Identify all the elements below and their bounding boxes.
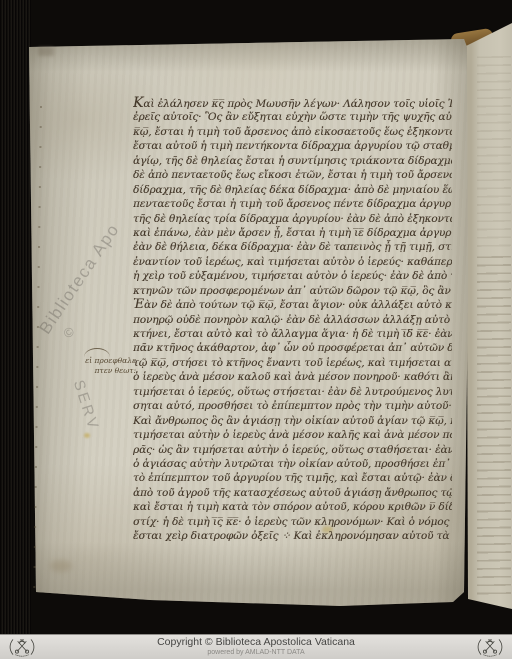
- manuscript-line: κτηνῶν τῶν προσφερομένων ἀπ᾽ αὐτῶν δῶρον…: [133, 284, 452, 298]
- powered-by-text: powered by AMLAD-NTT DATA: [0, 649, 512, 657]
- facing-page-text-bleed-upper: [477, 50, 511, 250]
- manuscript-line: κτήνει, ἔσται αὐτὸ καὶ τὸ ἄλλαγμα ἅγια· …: [133, 327, 452, 341]
- manuscript-line: τιμήσεται αὐτὴν ὁ ἱερεὺς ἀνὰ μέσον καλῆς…: [133, 428, 452, 442]
- manuscript-line: ἔσται αὐτοῦ ἡ τιμὴ πεντήκοντα δίδραχμα ἀ…: [133, 139, 452, 153]
- vatican-library-emblem-icon: [6, 636, 38, 658]
- manuscript-line: πενταετοῦς ἔσται ἡ τιμὴ τοῦ ἄρσενος πέντ…: [133, 197, 452, 211]
- manuscript-line: ἁγίῳ, τῆς δὲ θηλείας ἔσται ἡ συντίμησις …: [133, 154, 452, 168]
- manuscript-line: στίχ· ἡ δὲ τιμὴ ι̅ς̅ κ̅ε̅· ὁ ἱερεὺς τῶν …: [133, 515, 452, 529]
- manuscript-line: δίδραχμα, τῆς δὲ θηλείας δέκα δίδραχμα· …: [133, 183, 452, 197]
- manuscript-line: ρᾶς· ὡς ἂν τιμήσεται αὐτὴν ὁ ἱερεύς, οὕτ…: [133, 443, 452, 457]
- manuscript-line: ἡ χεὶρ τοῦ εὐξαμένου, τιμήσεται αὐτὸν ὁ …: [133, 269, 452, 283]
- marginal-note: εἰ προεφθαλε πτεν θεωτ:: [54, 356, 136, 375]
- manuscript-photo: Biblioteca Apo © SERV εἰ προεφθαλε πτεν …: [0, 0, 512, 634]
- manuscript-line: Ἐὰν δὲ ἀπὸ τούτων τῷ κ̅ῳ̅, ἔσται ἅγιον· …: [133, 298, 452, 312]
- manuscript-line: ἐρεῖς αὐτοῖς· Ὃς ἂν εὔξηται εὐχὴν ὥστε τ…: [133, 110, 452, 124]
- binding-fabric-edge: [0, 0, 31, 634]
- manuscript-line: κ̅ῳ̅, ἔσται ἡ τιμὴ τοῦ ἄρσενος ἀπὸ εἰκοσ…: [133, 125, 452, 139]
- manuscript-line: δὲ ἀπὸ πενταετοῦς ἕως εἴκοσι ἐτῶν, ἔσται…: [133, 168, 452, 182]
- manuscript-line: πᾶν κτῆνος ἀκάθαρτον, ἀφ᾽ ὧν οὐ προσφέρε…: [133, 341, 452, 355]
- manuscript-line: ἔσται χεὶρ διατροφῶν ὀξεῖς ⁘ Καὶ ἐκληρον…: [133, 529, 452, 543]
- manuscript-line: σηται αὐτό, προσθήσει τὸ ἐπίπεμπτον πρὸς…: [133, 399, 452, 413]
- manuscript-line: ἀπὸ τοῦ ἀγροῦ τῆς κατασχέσεως αὐτοῦ ἁγιά…: [133, 486, 452, 500]
- marginal-note-line: εἰ προεφθαλε: [54, 356, 136, 366]
- manuscript-line: τῷ κ̅ῳ̅, στήσει τὸ κτῆνος ἔναντι τοῦ ἱερ…: [133, 356, 452, 370]
- manuscript-line: ὁ ἁγιάσας αὐτὴν λυτρῶται τὴν οἰκίαν αὐτο…: [133, 457, 452, 471]
- manuscript-line: πονηρῷ οὐδὲ πονηρὸν καλῷ· ἐὰν δὲ ἀλλάσσω…: [133, 313, 452, 327]
- manuscript-line: Καὶ ἐλάλησεν κ̅ς̅ πρὸς Μωυσῆν λέγων· Λάλ…: [133, 96, 452, 110]
- vatican-library-emblem-icon: [474, 636, 506, 658]
- manuscript-line: καὶ ἔσται ἡ τιμὴ κατὰ τὸν σπόρον αὐτοῦ, …: [133, 500, 452, 514]
- manuscript-line: ἐὰν δὲ θήλεια, δέκα δίδραχμα· ἐὰν δὲ ταπ…: [133, 240, 452, 254]
- manuscript-line: ὁ ἱερεὺς ἀνὰ μέσον καλοῦ καὶ ἀνὰ μέσον π…: [133, 370, 452, 384]
- footer-text-group: Copyright © Biblioteca Apostolica Vatica…: [0, 636, 512, 657]
- manuscript-line: τῆς δὲ θηλείας τρία δίδραχμα ἀργυρίου· ἐ…: [133, 212, 452, 226]
- manuscript-line: τὸ ἐπίπεμπτον τοῦ ἀργυρίου τῆς τιμῆς, κα…: [133, 471, 452, 485]
- facing-page-text-bleed-lower: [477, 250, 511, 598]
- copyright-text: Copyright © Biblioteca Apostolica Vatica…: [0, 636, 512, 649]
- manuscript-viewer-screenshot: Biblioteca Apo © SERV εἰ προεφθαλε πτεν …: [0, 0, 512, 659]
- manuscript-line: ἐναντίον τοῦ ἱερέως, καὶ τιμήσεται αὐτὸν…: [133, 255, 452, 269]
- manuscript-line: τιμήσεται ὁ ἱερεύς, οὕτως στήσεται· ἐὰν …: [133, 385, 452, 399]
- manuscript-text-block: Καὶ ἐλάλησεν κ̅ς̅ πρὸς Μωυσῆν λέγων· Λάλ…: [133, 96, 452, 544]
- manuscript-line: Καὶ ἄνθρωπος ὃς ἂν ἁγιάσῃ τὴν οἰκίαν αὐτ…: [133, 414, 452, 428]
- copyright-footer-bar: Copyright © Biblioteca Apostolica Vatica…: [0, 634, 512, 659]
- manuscript-line: καὶ ἐπάνω, ἐὰν μὲν ἄρσεν ᾖ, ἔσται ἡ τιμὴ…: [133, 226, 452, 240]
- marginal-note-line: πτεν θεωτ:: [54, 366, 136, 376]
